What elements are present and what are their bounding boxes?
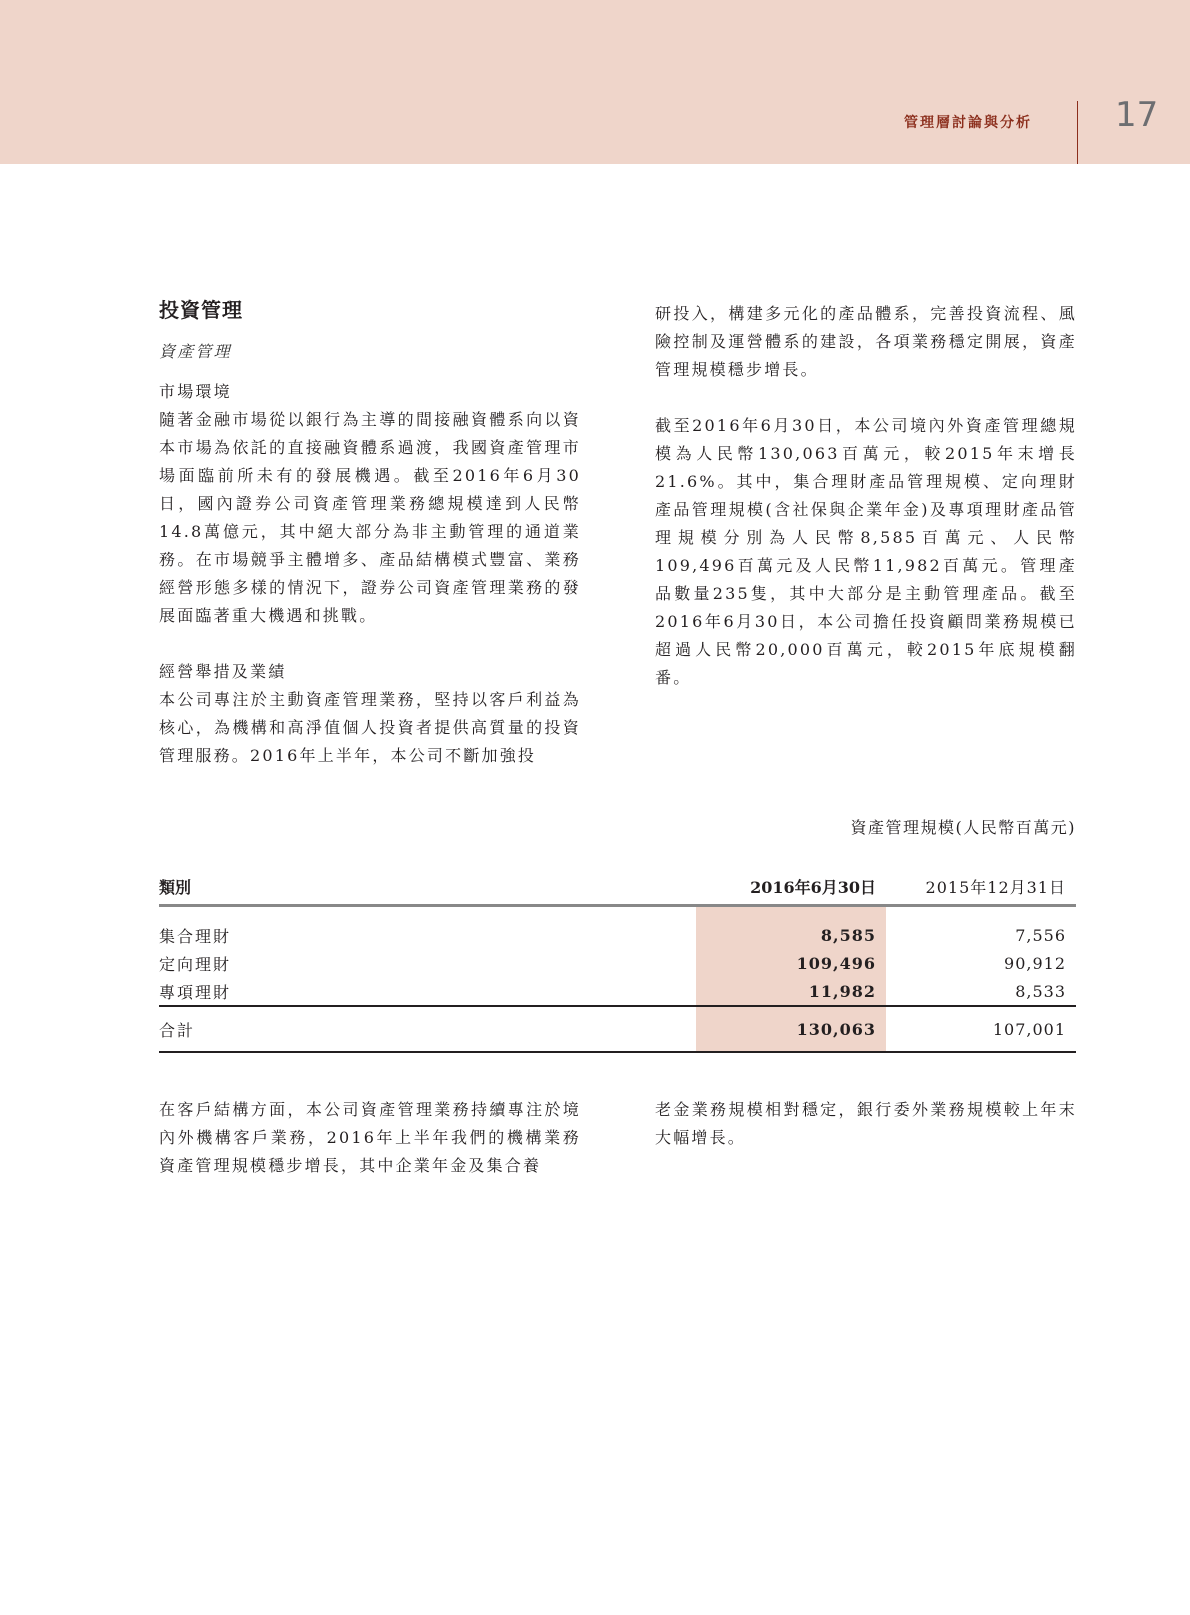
total-previous: 107,001	[886, 1006, 1076, 1052]
header-band	[0, 0, 1190, 164]
page-number: 17	[1115, 98, 1158, 132]
market-paragraph: 隨著金融市場從以銀行為主導的間接融資體系向以資本市場為依託的直接融資體系過渡，我…	[159, 406, 581, 630]
row-category: 集合理財	[159, 921, 696, 949]
section-header-title: 管理層討論與分析	[904, 112, 1032, 132]
client-structure-continued: 老金業務規模相對穩定，銀行委外業務規模較上年末大幅增長。	[655, 1096, 1077, 1152]
table-total-row: 合計 130,063 107,001	[159, 1006, 1076, 1052]
continued-paragraph: 研投入，構建多元化的產品體系，完善投資流程、風險控制及運營體系的建設，各項業務穩…	[655, 300, 1077, 384]
table-row: 專項理財 11,982 8,533	[159, 977, 1076, 1006]
row-previous: 7,556	[886, 921, 1076, 949]
row-category: 專項理財	[159, 977, 696, 1006]
asset-management-table: 類別 2016年6月30日 2015年12月31日 集合理財 8,585 7,5…	[159, 870, 1076, 1053]
scale-paragraph: 截至2016年6月30日，本公司境內外資產管理總規模為人民幣130,063百萬元…	[655, 412, 1077, 692]
header-previous-period: 2015年12月31日	[886, 870, 1076, 906]
row-current: 11,982	[696, 977, 886, 1006]
left-column: 投資管理 資產管理 市場環境 隨著金融市場從以銀行為主導的間接融資體系向以資本市…	[159, 296, 581, 770]
row-category: 定向理財	[159, 949, 696, 977]
row-current: 8,585	[696, 921, 886, 949]
row-previous: 90,912	[886, 949, 1076, 977]
table-caption: 資產管理規模(人民幣百萬元)	[851, 815, 1077, 838]
table-row: 集合理財 8,585 7,556	[159, 921, 1076, 949]
table-header-row: 類別 2016年6月30日 2015年12月31日	[159, 870, 1076, 906]
operations-paragraph: 本公司專注於主動資產管理業務，堅持以客戶利益為核心，為機構和高淨值個人投資者提供…	[159, 686, 581, 770]
header-divider	[1077, 101, 1078, 164]
operations-heading: 經營舉措及業績	[159, 658, 581, 686]
subsection-title: 資產管理	[159, 338, 581, 366]
header-category: 類別	[159, 870, 696, 906]
row-previous: 8,533	[886, 977, 1076, 1006]
right-column: 研投入，構建多元化的產品體系，完善投資流程、風險控制及運營體系的建設，各項業務穩…	[655, 300, 1077, 692]
total-current: 130,063	[696, 1006, 886, 1052]
header-current-period: 2016年6月30日	[696, 870, 886, 906]
spacer-row	[159, 906, 1076, 922]
total-label: 合計	[159, 1006, 696, 1052]
section-title: 投資管理	[159, 296, 581, 324]
market-heading: 市場環境	[159, 378, 581, 406]
bottom-right-column: 老金業務規模相對穩定，銀行委外業務規模較上年末大幅增長。	[655, 1096, 1077, 1152]
bottom-left-column: 在客戶結構方面，本公司資產管理業務持續專注於境內外機構客戶業務，2016年上半年…	[159, 1096, 581, 1180]
client-structure-paragraph: 在客戶結構方面，本公司資產管理業務持續專注於境內外機構客戶業務，2016年上半年…	[159, 1096, 581, 1180]
row-current: 109,496	[696, 949, 886, 977]
table-row: 定向理財 109,496 90,912	[159, 949, 1076, 977]
